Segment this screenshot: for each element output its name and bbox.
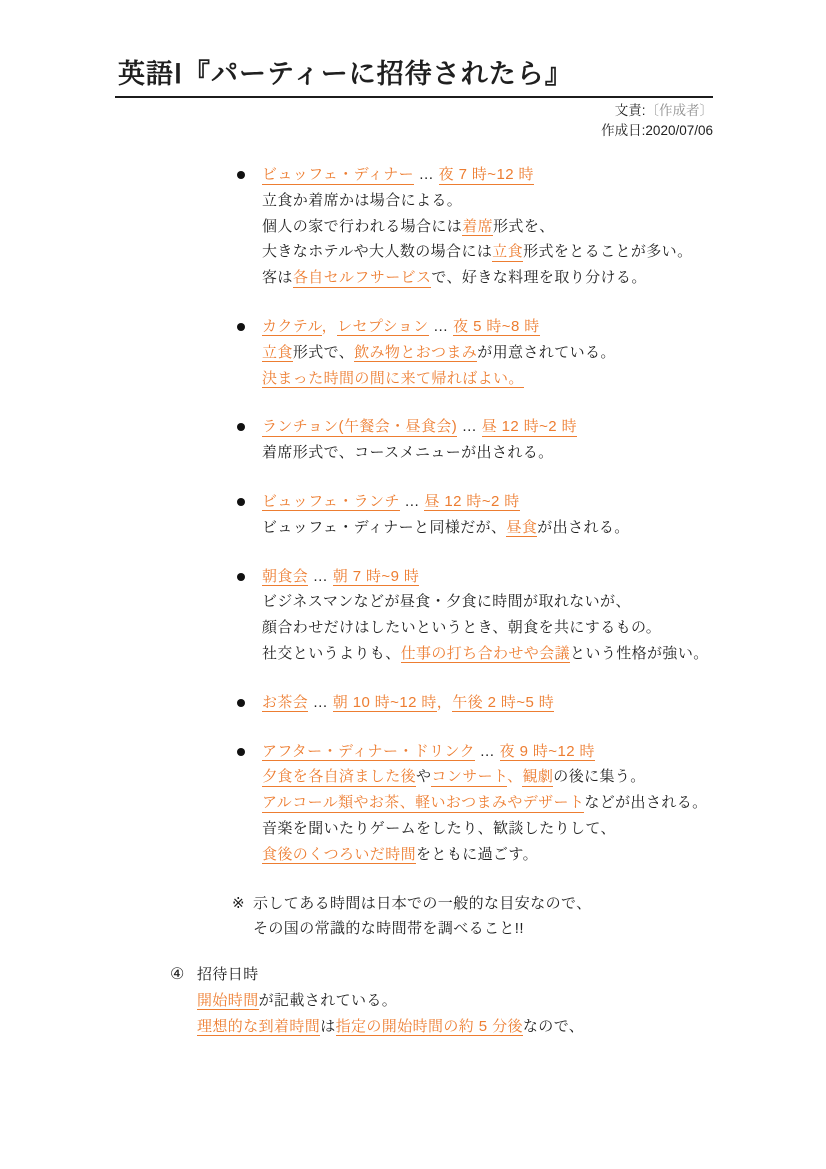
text-segment: … bbox=[414, 166, 439, 183]
text-segment: 客は bbox=[262, 269, 293, 286]
date-line: 作成日:2020/07/06 bbox=[601, 121, 713, 141]
section-number-icon: ④ bbox=[170, 962, 185, 988]
text-segment: ランチョン(午餐会・昼食会) bbox=[262, 418, 457, 437]
text-segment: ， bbox=[437, 694, 452, 711]
bullet-icon bbox=[237, 748, 245, 756]
item-text: アフター・ディナー・ドリンク … 夜 9 時~12 時夕食を各自済ました後やコン… bbox=[237, 739, 826, 868]
text-segment: や bbox=[416, 768, 431, 785]
text-segment: 夜 9 時~12 時 bbox=[500, 743, 595, 762]
text-segment: 形式を、 bbox=[493, 218, 555, 235]
bullet-icon bbox=[237, 573, 245, 581]
item-line: 立食形式で、飲み物とおつまみが用意されている。 bbox=[262, 340, 826, 366]
text-segment: 朝食会 bbox=[262, 568, 308, 587]
list-item: ビュッフェ・ディナー … 夜 7 時~12 時立食か着席かは場合による。個人の家… bbox=[237, 162, 826, 291]
section-line: 理想的な到着時間は指定の開始時間の約 5 分後なので、 bbox=[197, 1014, 826, 1040]
text-segment: アフター・ディナー・ドリンク bbox=[262, 743, 475, 762]
text-segment: 夜 5 時~8 時 bbox=[453, 318, 540, 337]
author-placeholder: 〔作成者〕 bbox=[646, 103, 714, 118]
text-segment: 昼食 bbox=[506, 519, 537, 538]
text-segment: 立食 bbox=[492, 243, 523, 262]
text-segment: 立食か着席かは場合による。 bbox=[262, 192, 462, 209]
byline-block: 文責:〔作成者〕 作成日:2020/07/06 bbox=[601, 101, 713, 140]
text-segment: などが出される。 bbox=[584, 794, 707, 811]
text-segment: 示してある時間は日本での一般的な目安なので、 bbox=[253, 895, 592, 912]
text-segment: ビュッフェ・ディナーと同様だが、 bbox=[262, 519, 506, 536]
text-segment: ビュッフェ・ディナー bbox=[262, 166, 414, 185]
note-marker: ※ bbox=[232, 891, 245, 917]
item-line: 客は各自セルフサービスで、好きな料理を取り分ける。 bbox=[262, 265, 826, 291]
text-segment: 飲み物とおつまみ bbox=[354, 344, 477, 363]
item-text: ビュッフェ・ランチ … 昼 12 時~2 時ビュッフェ・ディナーと同様だが、昼食… bbox=[237, 489, 826, 541]
text-segment: コンサート bbox=[431, 768, 507, 787]
item-line: 個人の家で行われる場合には着席形式を、 bbox=[262, 214, 826, 240]
text-segment: 立食 bbox=[262, 344, 293, 363]
bullet-icon bbox=[237, 323, 245, 331]
item-line: 社交というよりも、仕事の打ち合わせや会議という性格が強い。 bbox=[262, 641, 826, 667]
item-heading: ランチョン(午餐会・昼食会) … 昼 12 時~2 時 bbox=[262, 414, 826, 440]
item-text: カクテル，レセプション … 夜 5 時~8 時立食形式で、飲み物とおつまみが用意… bbox=[237, 314, 826, 391]
section-line: 開始時間が記載されている。 bbox=[197, 988, 826, 1014]
bullet-icon bbox=[237, 171, 245, 179]
text-segment: お茶会 bbox=[262, 694, 308, 713]
author-label: 文責: bbox=[615, 103, 646, 118]
text-segment: 大きなホテルや大人数の場合には bbox=[262, 243, 492, 260]
note-block: ※ 示してある時間は日本での一般的な目安なので、その国の常識的な時間帯を調べるこ… bbox=[232, 891, 826, 943]
text-segment: ， bbox=[322, 318, 337, 335]
text-segment: 顔合わせだけはしたいというとき、朝食を共にするもの。 bbox=[262, 619, 661, 636]
text-segment: 着席 bbox=[462, 218, 493, 237]
text-segment: 決まった時間の間に来て帰ればよい。 bbox=[262, 370, 524, 389]
document-page: 英語Ⅰ『パーティーに招待されたら』 文責:〔作成者〕 作成日:2020/07/0… bbox=[0, 0, 826, 1169]
text-segment: 各自セルフサービス bbox=[293, 269, 432, 288]
item-line: ビジネスマンなどが昼食・夕食に時間が取れないが、 bbox=[262, 589, 826, 615]
text-segment: 昼 12 時~2 時 bbox=[482, 418, 577, 437]
text-segment: 個人の家で行われる場合には bbox=[262, 218, 462, 235]
text-segment: … bbox=[308, 568, 333, 585]
text-segment: ビュッフェ・ランチ bbox=[262, 493, 400, 512]
text-segment: 形式で、 bbox=[293, 344, 354, 361]
section-lines: 開始時間が記載されている。理想的な到着時間は指定の開始時間の約 5 分後なので、 bbox=[197, 988, 826, 1040]
section-title: 招待日時 bbox=[197, 962, 826, 988]
text-segment: ビジネスマンなどが昼食・夕食に時間が取れないが、 bbox=[262, 593, 631, 610]
author-line: 文責:〔作成者〕 bbox=[601, 101, 713, 121]
text-segment: なので、 bbox=[523, 1018, 584, 1035]
item-heading: カクテル，レセプション … 夜 5 時~8 時 bbox=[262, 314, 826, 340]
item-line: アルコール類やお茶、軽いおつまみやデザートなどが出される。 bbox=[262, 790, 826, 816]
item-line: 夕食を各自済ました後やコンサート、観劇の後に集う。 bbox=[262, 764, 826, 790]
text-segment: 社交というよりも、 bbox=[262, 645, 401, 662]
item-line: ビュッフェ・ディナーと同様だが、昼食が出される。 bbox=[262, 515, 826, 541]
item-line: 着席形式で、コースメニューが出される。 bbox=[262, 440, 826, 466]
item-text: ランチョン(午餐会・昼食会) … 昼 12 時~2 時着席形式で、コースメニュー… bbox=[237, 414, 826, 466]
item-line: 立食か着席かは場合による。 bbox=[262, 188, 826, 214]
item-line: 食後のくつろいだ時間をともに過ごす。 bbox=[262, 842, 826, 868]
list-item: ビュッフェ・ランチ … 昼 12 時~2 時ビュッフェ・ディナーと同様だが、昼食… bbox=[237, 489, 826, 541]
bullet-icon bbox=[237, 699, 245, 707]
bullet-icon bbox=[237, 498, 245, 506]
text-segment: … bbox=[429, 318, 454, 335]
list-item: 朝食会 … 朝 7 時~9 時ビジネスマンなどが昼食・夕食に時間が取れないが、顔… bbox=[237, 564, 826, 667]
section-body: 招待日時 開始時間が記載されている。理想的な到着時間は指定の開始時間の約 5 分… bbox=[170, 962, 826, 1039]
item-heading: アフター・ディナー・ドリンク … 夜 9 時~12 時 bbox=[262, 739, 826, 765]
text-segment: が記載されている。 bbox=[259, 992, 398, 1009]
body-content: ビュッフェ・ディナー … 夜 7 時~12 時立食か着席かは場合による。個人の家… bbox=[0, 162, 826, 1040]
note-lines: 示してある時間は日本での一般的な目安なので、その国の常識的な時間帯を調べること!… bbox=[232, 891, 826, 943]
text-segment: 開始時間 bbox=[197, 992, 259, 1011]
text-segment: をともに過ごす。 bbox=[416, 846, 538, 863]
text-segment: 理想的な到着時間 bbox=[197, 1018, 320, 1037]
text-segment: カクテル bbox=[262, 318, 322, 337]
list-item: お茶会 … 朝 10 時~12 時，午後 2 時~5 時 bbox=[237, 690, 826, 716]
text-segment: 食後のくつろいだ時間 bbox=[262, 846, 416, 865]
text-segment: その国の常識的な時間帯を調べること!! bbox=[253, 920, 524, 937]
text-segment: が出される。 bbox=[537, 519, 629, 536]
item-line: 大きなホテルや大人数の場合には立食形式をとることが多い。 bbox=[262, 239, 826, 265]
text-segment: 夜 7 時~12 時 bbox=[439, 166, 534, 185]
item-heading: ビュッフェ・ランチ … 昼 12 時~2 時 bbox=[262, 489, 826, 515]
text-segment: 形式をとることが多い。 bbox=[523, 243, 692, 260]
text-segment: 着席形式で、コースメニューが出される。 bbox=[262, 444, 554, 461]
text-segment: アルコール類やお茶、軽いおつまみやデザート bbox=[262, 794, 584, 813]
text-segment: … bbox=[400, 493, 425, 510]
text-segment: 音楽を聞いたりゲームをしたり、歓談したりして、 bbox=[262, 820, 616, 837]
list-item: アフター・ディナー・ドリンク … 夜 9 時~12 時夕食を各自済ました後やコン… bbox=[237, 739, 826, 868]
text-segment: 指定の開始時間の約 5 分後 bbox=[336, 1018, 523, 1037]
text-segment: 仕事の打ち合わせや会議 bbox=[401, 645, 570, 664]
text-segment: … bbox=[475, 743, 500, 760]
list-item: カクテル，レセプション … 夜 5 時~8 時立食形式で、飲み物とおつまみが用意… bbox=[237, 314, 826, 391]
item-text: ビュッフェ・ディナー … 夜 7 時~12 時立食か着席かは場合による。個人の家… bbox=[237, 162, 826, 291]
title-divider bbox=[115, 96, 713, 98]
party-type-list: ビュッフェ・ディナー … 夜 7 時~12 時立食か着席かは場合による。個人の家… bbox=[0, 162, 826, 868]
item-text: 朝食会 … 朝 7 時~9 時ビジネスマンなどが昼食・夕食に時間が取れないが、顔… bbox=[237, 564, 826, 667]
text-segment: 朝 10 時~12 時 bbox=[333, 694, 437, 713]
item-heading: お茶会 … 朝 10 時~12 時，午後 2 時~5 時 bbox=[262, 690, 826, 716]
section-invitation-datetime: ④ 招待日時 開始時間が記載されている。理想的な到着時間は指定の開始時間の約 5… bbox=[170, 962, 826, 1039]
text-segment: 朝 7 時~9 時 bbox=[333, 568, 420, 587]
text-segment: という性格が強い。 bbox=[570, 645, 709, 662]
text-segment: が用意されている。 bbox=[477, 344, 616, 361]
text-segment: 夕食を各自済ました後 bbox=[262, 768, 416, 787]
text-segment: レセプション bbox=[337, 318, 429, 337]
item-heading: 朝食会 … 朝 7 時~9 時 bbox=[262, 564, 826, 590]
item-text: お茶会 … 朝 10 時~12 時，午後 2 時~5 時 bbox=[237, 690, 826, 716]
item-line: 顔合わせだけはしたいというとき、朝食を共にするもの。 bbox=[262, 615, 826, 641]
item-line: 決まった時間の間に来て帰ればよい。 bbox=[262, 366, 826, 392]
text-segment: で、好きな料理を取り分ける。 bbox=[431, 269, 646, 286]
text-segment: … bbox=[457, 418, 482, 435]
text-segment: … bbox=[308, 694, 333, 711]
text-segment: の後に集う。 bbox=[553, 768, 645, 785]
text-segment: 、 bbox=[507, 768, 522, 785]
text-segment: 昼 12 時~2 時 bbox=[424, 493, 519, 512]
text-segment: 午後 2 時~5 時 bbox=[452, 694, 554, 713]
list-item: ランチョン(午餐会・昼食会) … 昼 12 時~2 時着席形式で、コースメニュー… bbox=[237, 414, 826, 466]
item-heading: ビュッフェ・ディナー … 夜 7 時~12 時 bbox=[262, 162, 826, 188]
item-line: 音楽を聞いたりゲームをしたり、歓談したりして、 bbox=[262, 816, 826, 842]
text-segment: は bbox=[320, 1018, 335, 1035]
text-segment: 観劇 bbox=[522, 768, 553, 787]
note-line: 示してある時間は日本での一般的な目安なので、 bbox=[253, 891, 826, 917]
note-line: その国の常識的な時間帯を調べること!! bbox=[253, 916, 826, 942]
page-title: 英語Ⅰ『パーティーに招待されたら』 bbox=[118, 52, 573, 91]
